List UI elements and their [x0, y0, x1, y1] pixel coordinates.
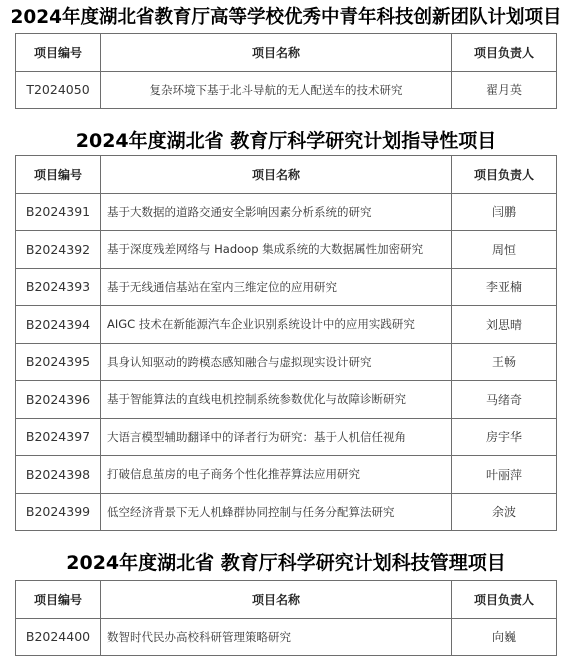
column-header-leader: 项目负责人	[452, 581, 557, 619]
project-name: 基于无线通信基站在室内三维定位的应用研究	[101, 268, 452, 306]
table-row: B2024393 基于无线通信基站在室内三维定位的应用研究 李亚楠	[16, 268, 557, 306]
project-leader: 闫鹏	[452, 193, 557, 231]
project-leader: 向巍	[452, 618, 557, 656]
column-header-name: 项目名称	[101, 156, 452, 194]
table-row: B2024398 打破信息茧房的电子商务个性化推荐算法应用研究 叶丽萍	[16, 456, 557, 494]
project-leader: 周恒	[452, 231, 557, 269]
project-code: B2024392	[16, 231, 101, 269]
table-row: T2024050 复杂环境下基于北斗导航的无人配送车的技术研究 翟月英	[16, 71, 557, 109]
column-header-code: 项目编号	[16, 581, 101, 619]
project-leader: 李亚楠	[452, 268, 557, 306]
innovation-team-table: 项目编号 项目名称 项目负责人 T2024050 复杂环境下基于北斗导航的无人配…	[15, 33, 557, 109]
project-leader: 刘思晴	[452, 306, 557, 344]
project-leader: 余波	[452, 493, 557, 531]
column-header-code: 项目编号	[16, 156, 101, 194]
project-code: B2024394	[16, 306, 101, 344]
project-code: B2024391	[16, 193, 101, 231]
project-name: 数智时代民办高校科研管理策略研究	[101, 618, 452, 656]
project-code: B2024393	[16, 268, 101, 306]
project-leader: 房宇华	[452, 418, 557, 456]
table-row: B2024399 低空经济背景下无人机蜂群协同控制与任务分配算法研究 余波	[16, 493, 557, 531]
guidance-projects-table: 项目编号 项目名称 项目负责人 B2024391 基于大数据的道路交通安全影响因…	[15, 155, 557, 531]
project-name: 低空经济背景下无人机蜂群协同控制与任务分配算法研究	[101, 493, 452, 531]
table-row: B2024396 基于智能算法的直线电机控制系统参数优化与故障诊断研究 马绪奇	[16, 381, 557, 419]
project-code: B2024396	[16, 381, 101, 419]
section-title-management-projects: 2024年度湖北省 教育厅科学研究计划科技管理项目	[0, 548, 572, 575]
project-name: AIGC 技术在新能源汽车企业识别系统设计中的应用实践研究	[101, 306, 452, 344]
table-header-row: 项目编号 项目名称 项目负责人	[16, 156, 557, 194]
table-row: B2024395 具身认知驱动的跨模态感知融合与虚拟现实设计研究 王畅	[16, 343, 557, 381]
project-leader: 王畅	[452, 343, 557, 381]
table-row: B2024391 基于大数据的道路交通安全影响因素分析系统的研究 闫鹏	[16, 193, 557, 231]
project-name: 大语言模型辅助翻译中的译者行为研究：基于人机信任视角	[101, 418, 452, 456]
section-title-guidance-projects: 2024年度湖北省 教育厅科学研究计划指导性项目	[0, 126, 572, 153]
project-code: B2024400	[16, 618, 101, 656]
project-code: B2024397	[16, 418, 101, 456]
project-code: B2024398	[16, 456, 101, 494]
project-name: 具身认知驱动的跨模态感知融合与虚拟现实设计研究	[101, 343, 452, 381]
table-header-row: 项目编号 项目名称 项目负责人	[16, 34, 557, 72]
column-header-leader: 项目负责人	[452, 156, 557, 194]
table-row: B2024392 基于深度残差网络与 Hadoop 集成系统的大数据属性加密研究…	[16, 231, 557, 269]
table-header-row: 项目编号 项目名称 项目负责人	[16, 581, 557, 619]
project-name: 基于智能算法的直线电机控制系统参数优化与故障诊断研究	[101, 381, 452, 419]
section-title-innovation-team: 2024年度湖北省教育厅高等学校优秀中青年科技创新团队计划项目	[0, 3, 572, 29]
column-header-code: 项目编号	[16, 34, 101, 72]
project-leader: 叶丽萍	[452, 456, 557, 494]
project-name: 打破信息茧房的电子商务个性化推荐算法应用研究	[101, 456, 452, 494]
project-leader: 马绪奇	[452, 381, 557, 419]
project-code: B2024399	[16, 493, 101, 531]
project-name: 基于深度残差网络与 Hadoop 集成系统的大数据属性加密研究	[101, 231, 452, 269]
project-code: T2024050	[16, 71, 101, 109]
project-leader: 翟月英	[452, 71, 557, 109]
column-header-name: 项目名称	[101, 34, 452, 72]
column-header-name: 项目名称	[101, 581, 452, 619]
column-header-leader: 项目负责人	[452, 34, 557, 72]
table-row: B2024400 数智时代民办高校科研管理策略研究 向巍	[16, 618, 557, 656]
table-row: B2024394 AIGC 技术在新能源汽车企业识别系统设计中的应用实践研究 刘…	[16, 306, 557, 344]
project-name: 基于大数据的道路交通安全影响因素分析系统的研究	[101, 193, 452, 231]
management-projects-table: 项目编号 项目名称 项目负责人 B2024400 数智时代民办高校科研管理策略研…	[15, 580, 557, 656]
project-name: 复杂环境下基于北斗导航的无人配送车的技术研究	[101, 71, 452, 109]
project-code: B2024395	[16, 343, 101, 381]
table-row: B2024397 大语言模型辅助翻译中的译者行为研究：基于人机信任视角 房宇华	[16, 418, 557, 456]
